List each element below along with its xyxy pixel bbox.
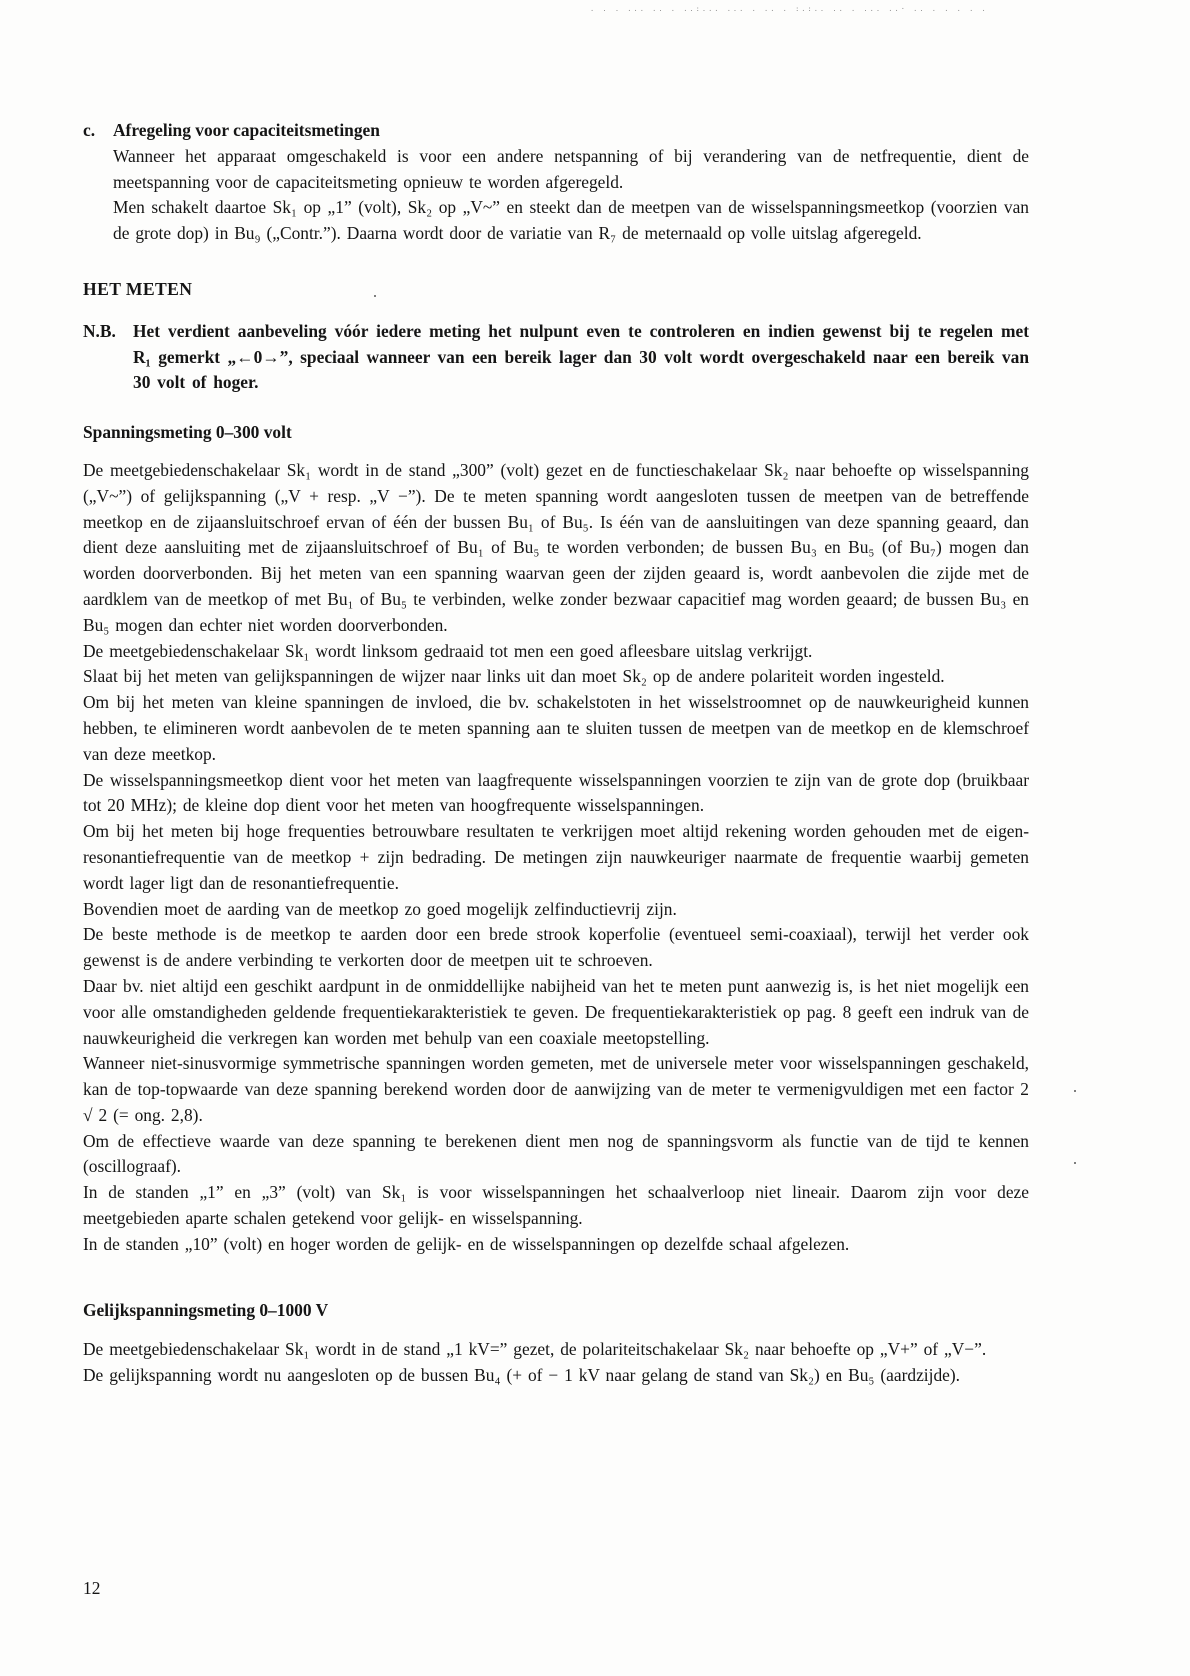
paragraph: De meetgebiedenschakelaar Sk₁ wordt link…: [83, 639, 1029, 665]
paragraph: Bovendien moet de aarding van de meetkop…: [83, 897, 1029, 923]
gelijkspanningsmeting-body: De meetgebiedenschakelaar Sk₁ wordt in d…: [83, 1337, 1029, 1389]
nb-text: Het verdient aanbeveling vóór iedere met…: [133, 319, 1029, 396]
paragraph: Om bij het meten bij hoge frequenties be…: [83, 819, 1029, 896]
scan-speck: [1074, 1162, 1076, 1164]
section-afregeling-title: Afregeling voor capaciteitsmetingen: [113, 118, 380, 144]
paragraph: Wanneer het apparaat omgeschakeld is voo…: [113, 144, 1029, 196]
paragraph: Om bij het meten van kleine spanningen d…: [83, 690, 1029, 767]
gelijkspanningsmeting-title: Gelijkspanningsmeting 0–1000 V: [83, 1298, 1029, 1324]
section-afregeling: c. Afregeling voor capaciteitsmetingen W…: [83, 118, 1029, 247]
paragraph: In de standen „10” (volt) en hoger worde…: [83, 1232, 1029, 1258]
nb-note: N.B. Het verdient aanbeveling vóór ieder…: [83, 319, 1029, 396]
paragraph: De wisselspanningsmeetkop dient voor het…: [83, 768, 1029, 820]
paragraph: Slaat bij het meten van gelijkspanningen…: [83, 664, 1029, 690]
section-afregeling-heading: c. Afregeling voor capaciteitsmetingen: [83, 118, 1029, 144]
spanningsmeting-title: Spanningsmeting 0–300 volt: [83, 420, 1029, 446]
paragraph: De gelijkspanning wordt nu aangesloten o…: [83, 1363, 1029, 1389]
paragraph: De meetgebiedenschakelaar Sk₁ wordt in d…: [83, 458, 1029, 639]
document-page: . . . ... .. . ..:... ... . .. . :.:.. .…: [0, 0, 1190, 1676]
spanningsmeting-body: De meetgebiedenschakelaar Sk₁ wordt in d…: [83, 458, 1029, 1258]
paragraph: De beste methode is de meetkop te aarden…: [83, 922, 1029, 974]
section-afregeling-body: Wanneer het apparaat omgeschakeld is voo…: [113, 144, 1029, 247]
paragraph: Om de effectieve waarde van deze spannin…: [83, 1129, 1029, 1181]
paragraph: Men schakelt daartoe Sk₁ op „1” (volt), …: [113, 195, 1029, 247]
scan-speck: [1074, 1090, 1076, 1092]
page-content: c. Afregeling voor capaciteitsmetingen W…: [83, 0, 1029, 1389]
page-number: 12: [83, 1576, 100, 1602]
paragraph: In de standen „1” en „3” (volt) van Sk₁ …: [83, 1180, 1029, 1232]
nb-label: N.B.: [83, 319, 133, 396]
section-letter-label: c.: [83, 118, 113, 144]
paragraph: Daar bv. niet altijd een geschikt aardpu…: [83, 974, 1029, 1051]
paragraph: De meetgebiedenschakelaar Sk₁ wordt in d…: [83, 1337, 1029, 1363]
het-meten-title: HET METEN: [83, 277, 1029, 303]
paragraph: Wanneer niet-sinusvormige symmetrische s…: [83, 1051, 1029, 1128]
